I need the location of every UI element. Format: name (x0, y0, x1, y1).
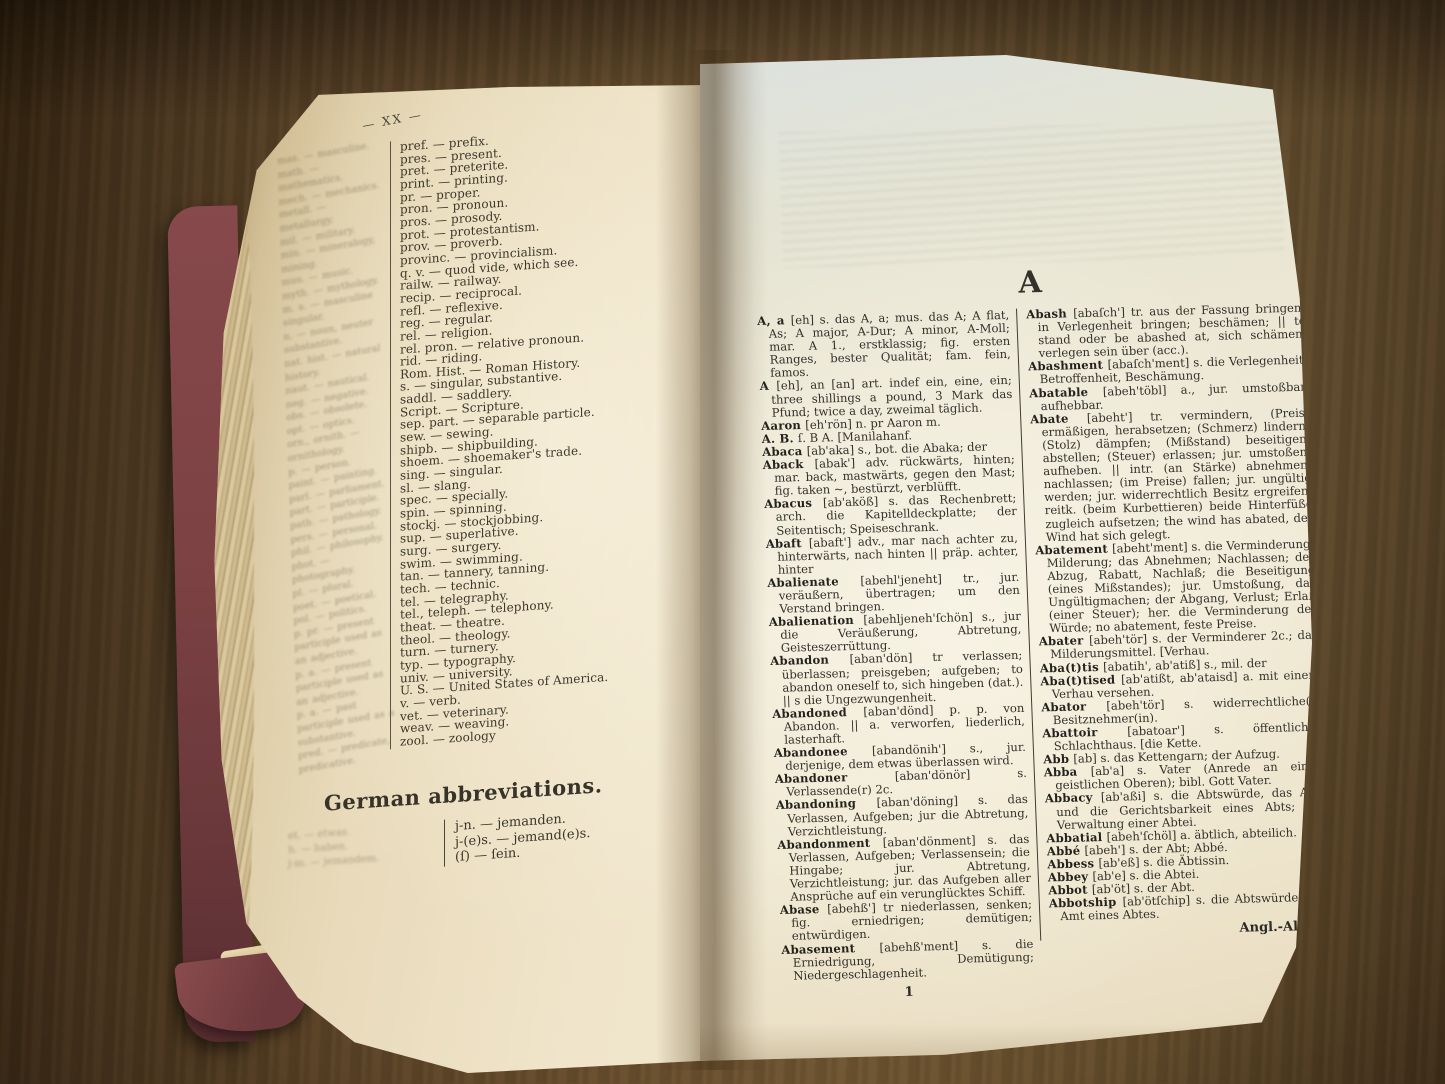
entry-headword: Abbacy (1045, 791, 1102, 806)
dictionary-entry: Abbotship [ab'ötſchip] s. die Abtswürde,… (1049, 891, 1329, 924)
dictionary-entry: Abatement [abeht'ment] s. die Verminderu… (1035, 537, 1318, 635)
right-page: A A, a [eh] s. das A, a; mus. das A; A f… (700, 55, 1312, 1069)
entry-headword: Abate (1030, 411, 1087, 426)
entry-headword: Abatable (1029, 384, 1103, 400)
catchword: Angl.-All (1050, 920, 1330, 940)
dictionary-entry: A, a [eh] s. das A, a; mus. das A; A fla… (757, 309, 1012, 381)
dictionary-entries-left: A, a [eh] s. das A, a; mus. das A; A fla… (757, 309, 1035, 983)
dictionary-entry: Abate [abeht'] tr. vermindern, (Preis) e… (1030, 406, 1314, 544)
dictionary-columns: A, a [eh] s. das A, a; mus. das A; A fla… (757, 302, 1331, 1002)
entry-headword: Abater (1039, 634, 1090, 649)
dictionary-entry: Abasement [abehß'ment] s. die Erniedrigu… (781, 937, 1035, 982)
entry-headword: Abandonee (774, 744, 873, 760)
photo-open-dictionary: — XX — mas. — masculine.math. — mathemat… (0, 0, 1445, 1084)
dictionary-entry: Abash [abaſch'] tr. aus der Fassung brin… (1026, 302, 1307, 361)
german-abbreviations-left: et. — etwas.h. — haben.j-m. — jemandem. (288, 823, 400, 877)
dictionary-entry: Abandon [aban'dön] tr verlassen; überlas… (770, 649, 1024, 708)
dictionary-entry: Abase [abehß'] tr niederlassen, senken; … (780, 898, 1034, 943)
entry-headword: Abandonment (777, 835, 883, 852)
entry-headword: A (759, 379, 776, 393)
entry-headword: Abaft (766, 536, 810, 551)
entry-headword: Aback (762, 457, 814, 472)
page-number: 1 (783, 983, 1036, 1002)
abbreviation-list-faint: mas. — masculine.math. — mathematics.mec… (277, 138, 401, 777)
right-page-bottom-shadow (700, 1023, 1312, 1069)
german-abbreviations-right: j-n. — jemanden.j-(e)s. — jemand(e)s.(ſ)… (444, 810, 590, 866)
entry-headword: Abalienate (767, 574, 861, 590)
entry-headword: Abandoner (775, 769, 896, 786)
entry-headword: Abandon (770, 652, 850, 668)
section-letter-heading: A (755, 262, 1304, 305)
entry-headword: Abasement (781, 940, 880, 956)
entry-headword: Abandoned (772, 705, 864, 721)
entry-headword: Abash (1026, 306, 1074, 321)
dictionary-column-left: A, a [eh] s. das A, a; mus. das A; A fla… (757, 309, 1035, 1002)
right-page-text: A A, a [eh] s. das A, a; mus. das A; A f… (750, 120, 1331, 1002)
abbreviation-columns: mas. — masculine.math. — mathematics.mec… (288, 121, 698, 774)
entry-headword: Abashment (1028, 358, 1108, 374)
left-page: — XX — mas. — masculine.math. — mathemat… (200, 85, 715, 1077)
entry-headword: Abator (1041, 699, 1107, 715)
entry-headword: Abandoning (776, 796, 877, 812)
entry-headword: Abalienation (769, 613, 864, 629)
abbreviation-list-main: pref. — prefix.pres. — present.pret. — p… (390, 121, 698, 749)
entry-headword: Abase (780, 902, 828, 917)
entry-headword: Abacus (764, 496, 823, 511)
entry-headword: Aba(t)tised (1040, 672, 1121, 688)
show-through-text (778, 120, 1285, 268)
dictionary-entries-right: Abash [abaſch'] tr. aus der Fassung brin… (1026, 302, 1329, 924)
left-page-number-header: — XX — (361, 102, 452, 133)
dictionary-entry: A [eh], an [an] art. indef ein, eine, ei… (760, 374, 1014, 419)
entry-headword: Abatement (1035, 541, 1112, 557)
entry-headword: A, a (757, 313, 791, 328)
dictionary-column-right: Abash [abaſch'] tr. aus der Fassung brin… (1016, 302, 1329, 941)
entry-headword: Abbotship (1049, 895, 1123, 911)
entry-headword: Abba (1044, 765, 1091, 780)
entry-headword: Abattoir (1042, 724, 1127, 740)
dictionary-entry: Abandonment [aban'dönment] s. das Verlas… (777, 833, 1032, 905)
left-page-text: — XX — mas. — masculine.math. — mathemat… (288, 91, 698, 877)
